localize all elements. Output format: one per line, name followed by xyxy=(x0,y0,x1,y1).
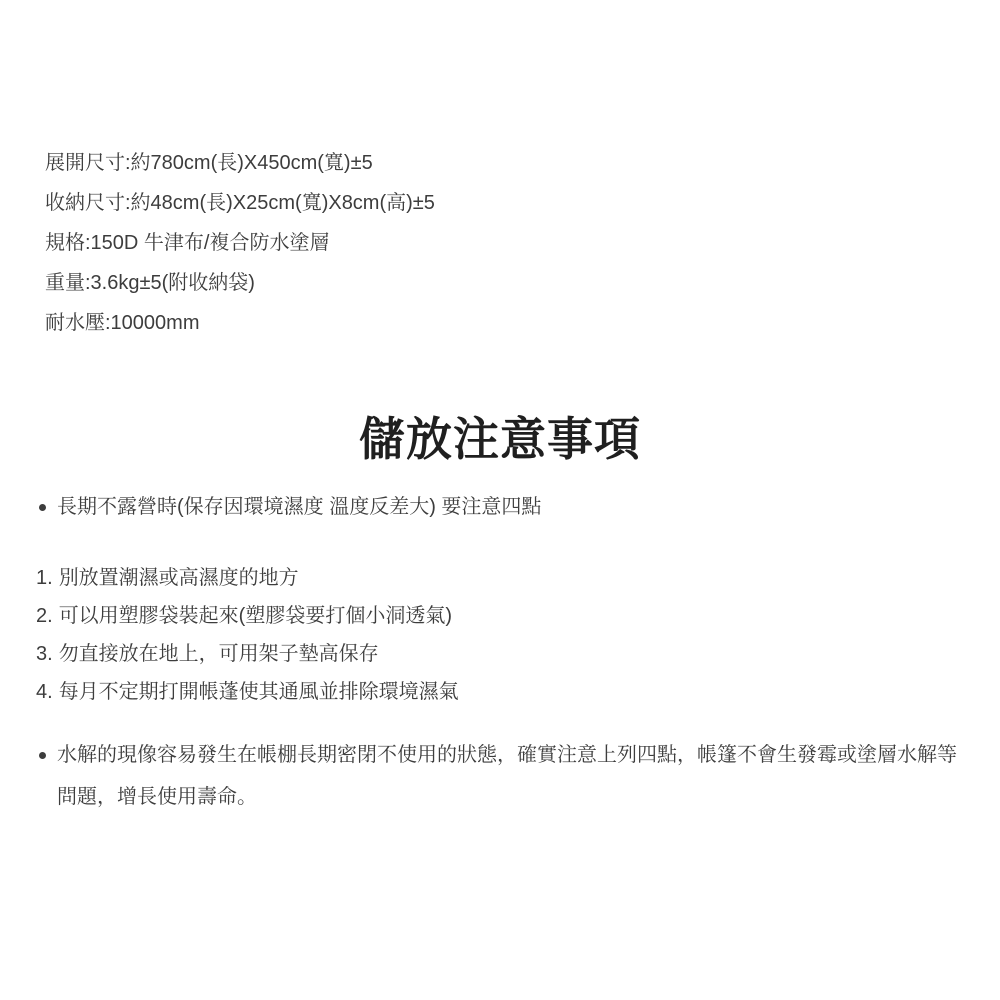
list-item: 3. 勿直接放在地上，可用架子墊高保存 xyxy=(36,635,459,673)
intro-bullet-text: 長期不露營時(保存因環境濕度 溫度反差大) 要注意四點 xyxy=(57,495,541,519)
list-item-number: 4. xyxy=(36,673,53,711)
storage-notice-title: 儲放注意事項 xyxy=(0,413,1000,465)
list-item: 1. 別放置潮濕或高濕度的地方 xyxy=(36,559,459,597)
list-item-text: 勿直接放在地上，可用架子墊高保存 xyxy=(59,635,379,673)
list-item-text: 可以用塑膠袋裝起來(塑膠袋要打個小洞透氣) xyxy=(59,597,452,635)
bullet-dot-icon xyxy=(39,752,46,759)
list-item-number: 3. xyxy=(36,635,53,673)
list-item: 2. 可以用塑膠袋裝起來(塑膠袋要打個小洞透氣) xyxy=(36,597,459,635)
closing-bullet-text: 水解的現像容易發生在帳棚長期密閉不使用的狀態，確實注意上列四點，帳篷不會生發霉或… xyxy=(57,734,957,818)
storage-tips-list: 1. 別放置潮濕或高濕度的地方 2. 可以用塑膠袋裝起來(塑膠袋要打個小洞透氣)… xyxy=(36,559,459,711)
list-item-number: 1. xyxy=(36,559,53,597)
spec-weight: 重量:3.6kg±5(附收納袋) xyxy=(45,263,435,303)
closing-bullet-item: 水解的現像容易發生在帳棚長期密閉不使用的狀態，確實注意上列四點，帳篷不會生發霉或… xyxy=(0,734,957,818)
product-specs: 展開尺寸:約780cm(長)X450cm(寬)±5 收納尺寸:約48cm(長)X… xyxy=(45,143,435,343)
list-item-number: 2. xyxy=(36,597,53,635)
spec-material: 規格:150D 牛津布/複合防水塗層 xyxy=(45,223,435,263)
list-item-text: 別放置潮濕或高濕度的地方 xyxy=(59,559,299,597)
list-item: 4. 每月不定期打開帳蓬使其通風並排除環境濕氣 xyxy=(36,673,459,711)
spec-packed-size: 收納尺寸:約48cm(長)X25cm(寬)X8cm(高)±5 xyxy=(45,183,435,223)
spec-water-resistance: 耐水壓:10000mm xyxy=(45,303,435,343)
list-item-text: 每月不定期打開帳蓬使其通風並排除環境濕氣 xyxy=(59,673,459,711)
spec-unfolded-size: 展開尺寸:約780cm(長)X450cm(寬)±5 xyxy=(45,143,435,183)
bullet-dot-icon xyxy=(39,504,46,511)
intro-bullet-item: 長期不露營時(保存因環境濕度 溫度反差大) 要注意四點 xyxy=(0,495,541,519)
